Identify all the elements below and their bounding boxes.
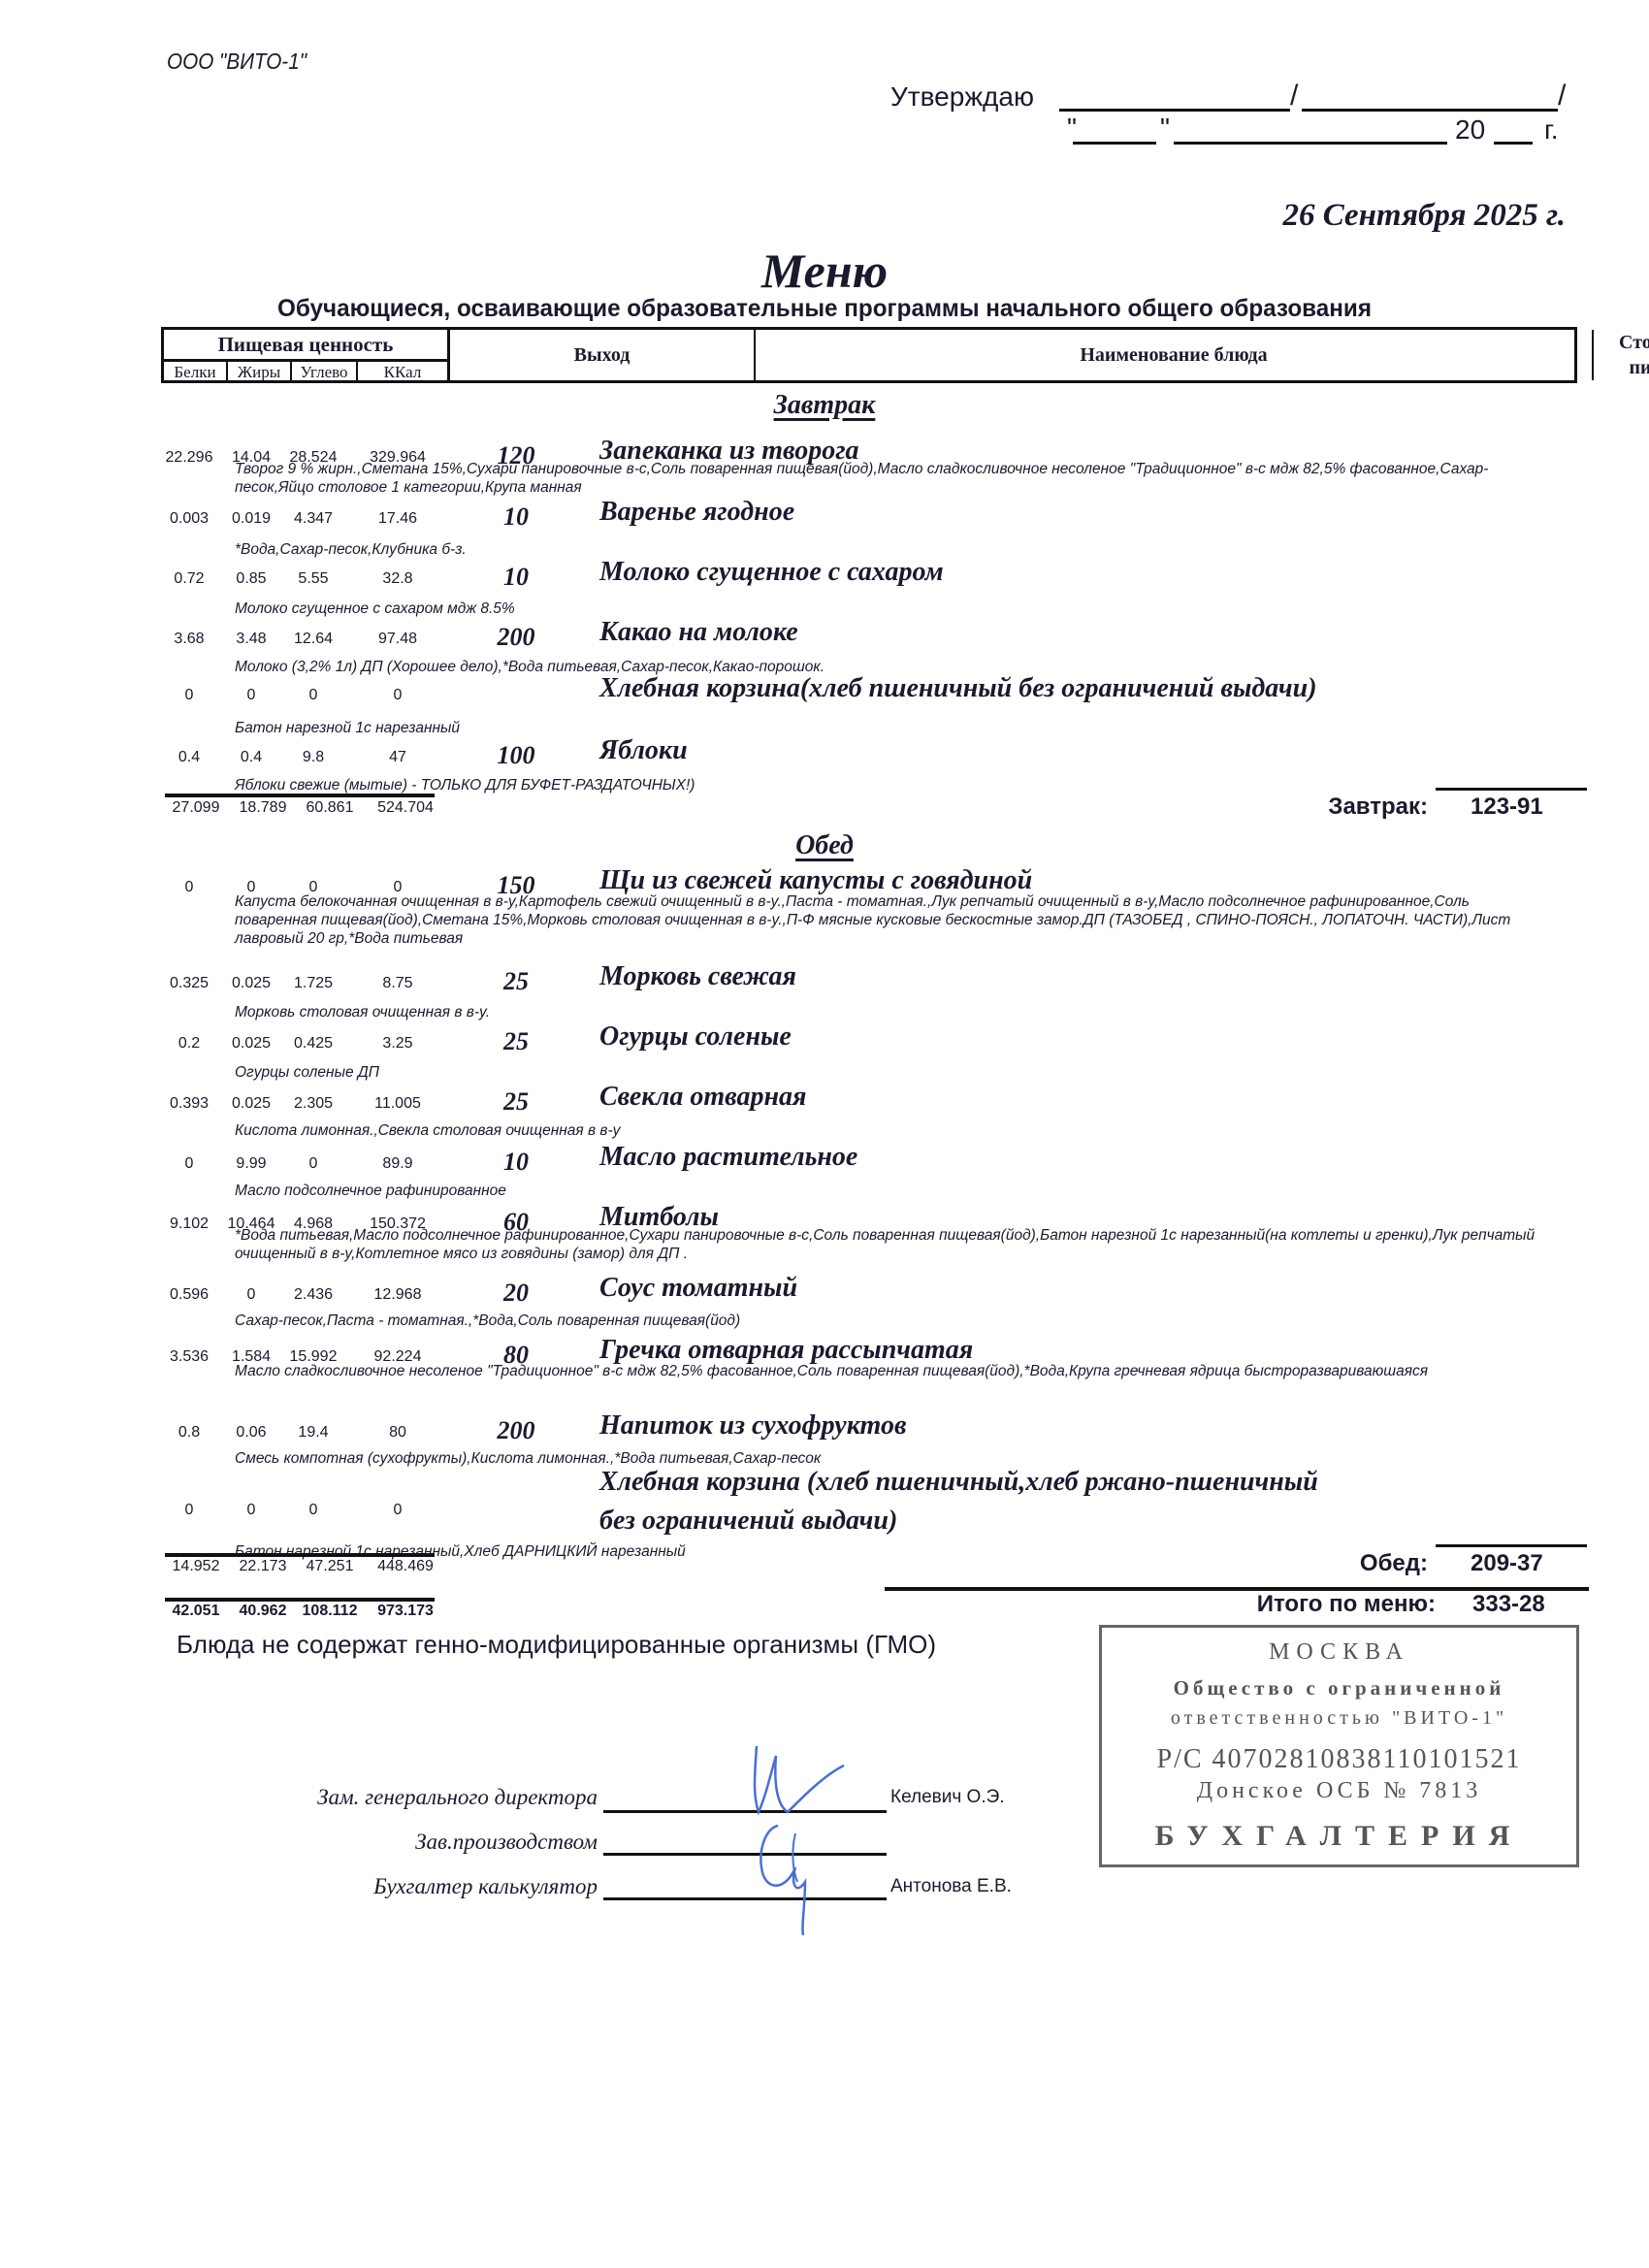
- stamp-company-line1: Общество с ограниченной: [1102, 1676, 1576, 1701]
- dish-ingredients: Морковь столовая очищенная в в-у.: [235, 1003, 1554, 1021]
- item-yield: 25: [477, 1087, 555, 1117]
- item-fat: 0.025: [219, 975, 283, 992]
- stamp-account: Р/С 40702810838110101521: [1102, 1744, 1576, 1775]
- item-protein: 0.4: [157, 749, 221, 766]
- item-protein: 0: [157, 879, 221, 896]
- item-carbs: 1.725: [281, 975, 345, 992]
- day-quote-close: ": [1160, 113, 1170, 144]
- organization-name: ООО "ВИТО-1": [167, 49, 307, 75]
- section-total-carbs: 60.861: [291, 799, 369, 817]
- item-kcal: 17.46: [359, 510, 436, 528]
- item-carbs: 0: [281, 1502, 345, 1519]
- item-protein: 0.72: [157, 570, 221, 588]
- item-yield: 200: [477, 1416, 555, 1445]
- page-title: Меню: [0, 243, 1649, 299]
- item-carbs: 2.305: [281, 1095, 345, 1113]
- item-yield: 100: [477, 741, 555, 770]
- item-kcal: 89.9: [359, 1155, 436, 1173]
- item-yield: 10: [477, 502, 555, 532]
- section-cost-value: 123-91: [1471, 794, 1543, 821]
- item-kcal: 32.8: [359, 570, 436, 588]
- dish-name: Морковь свежая: [599, 961, 796, 992]
- section-title-text: Завтрак: [774, 390, 876, 420]
- signature-role-deputy-director: Зам. генерального директора: [277, 1785, 598, 1810]
- dish-name-header: Наименование блюда: [756, 330, 1594, 380]
- signature-role-accountant: Бухгалтер калькулятор: [277, 1874, 598, 1899]
- dish-name: Молоко сгущенное с сахаром: [599, 557, 944, 588]
- slash-separator: /: [1558, 80, 1566, 113]
- section-cost-label: Обед:: [1164, 1550, 1428, 1577]
- signature-role-production-head: Зав.производством: [277, 1830, 598, 1855]
- section-total-protein: 27.099: [162, 799, 230, 817]
- signature-name-accountant: Антонова Е.В.: [890, 1876, 1012, 1897]
- item-carbs: 0.425: [281, 1035, 345, 1053]
- section-cost-label: Завтрак:: [1164, 794, 1428, 821]
- item-yield: 20: [477, 1279, 555, 1308]
- approve-signature-line: [1059, 109, 1290, 112]
- section-total-kcal: 524.704: [367, 799, 444, 817]
- item-protein: 3.68: [157, 631, 221, 648]
- dish-ingredients: Смесь компотная (сухофрукты),Кислота лим…: [235, 1449, 1554, 1468]
- item-protein: 0: [157, 687, 221, 704]
- dish-ingredients: Батон нарезной 1с нарезанный: [235, 719, 1554, 737]
- stamp-city: МОСКВА: [1102, 1639, 1576, 1666]
- item-kcal: 11.005: [359, 1095, 436, 1113]
- section-total-carbs: 47.251: [291, 1558, 369, 1575]
- item-fat: 0.4: [219, 749, 283, 766]
- section-cost-line: [1436, 1544, 1587, 1547]
- year-line: [1494, 142, 1533, 145]
- item-fat: 0.019: [219, 510, 283, 528]
- grand-total-protein: 42.051: [162, 1603, 230, 1620]
- dish-name: Масло растительное: [599, 1142, 857, 1173]
- item-protein: 0.596: [157, 1286, 221, 1304]
- item-kcal: 12.968: [359, 1286, 436, 1304]
- grand-total-carbs: 108.112: [291, 1603, 369, 1620]
- approve-label: Утверждаю: [890, 81, 1034, 113]
- item-fat: 3.48: [219, 631, 283, 648]
- item-carbs: 0: [281, 687, 345, 704]
- dish-ingredients: *Вода питьевая,Масло подсолнечное рафини…: [235, 1226, 1554, 1263]
- dish-ingredients: Сахар-песок,Паста - томатная.,*Вода,Соль…: [235, 1312, 1554, 1330]
- section-total-fat: 22.173: [229, 1558, 297, 1575]
- dish-ingredients: Творог 9 % жирн.,Сметана 15%,Сухари пани…: [235, 460, 1554, 497]
- section-total-protein: 14.952: [162, 1558, 230, 1575]
- dish-name: Яблоки: [599, 735, 688, 766]
- section-total-line: [165, 794, 435, 797]
- stamp-bank: Донское ОСБ № 7813: [1102, 1778, 1576, 1804]
- item-fat: 0: [219, 687, 283, 704]
- grand-total-label: Итого по меню:: [1067, 1591, 1436, 1618]
- slash-separator: /: [1290, 80, 1298, 113]
- cost-header-line2: питания: [1630, 355, 1649, 380]
- yield-header: Выход: [450, 330, 756, 380]
- item-protein: 0.003: [157, 510, 221, 528]
- year-prefix: 20: [1455, 114, 1485, 146]
- dish-name: Огурцы соленые: [599, 1021, 792, 1053]
- cost-header: Стоимость питания: [1594, 330, 1649, 380]
- item-yield: 10: [477, 1148, 555, 1177]
- dish-name: Варенье ягодное: [599, 497, 794, 528]
- item-protein: 0.2: [157, 1035, 221, 1053]
- item-fat: 0.85: [219, 570, 283, 588]
- grand-total-cost: 333-28: [1472, 1591, 1545, 1618]
- dish-ingredients: Кислота лимонная.,Свекла столовая очищен…: [235, 1121, 1554, 1140]
- item-protein: 0: [157, 1502, 221, 1519]
- signature-name-deputy-director: Келевич О.Э.: [890, 1787, 1005, 1808]
- item-kcal: 97.48: [359, 631, 436, 648]
- section-title-text: Обед: [795, 830, 854, 860]
- item-kcal: 3.25: [359, 1035, 436, 1053]
- item-fat: 9.99: [219, 1155, 283, 1173]
- item-carbs: 19.4: [281, 1424, 345, 1442]
- table-header: Пищевая ценность Белки Жиры Углево ККал …: [161, 327, 1577, 383]
- approve-name-line: [1302, 109, 1558, 112]
- grand-total-line: [165, 1598, 435, 1602]
- stamp-department: БУХГАЛТЕРИЯ: [1102, 1820, 1576, 1853]
- item-fat: 0.025: [219, 1095, 283, 1113]
- dish-name: Какао на молоке: [599, 617, 798, 648]
- year-suffix: г.: [1544, 114, 1559, 146]
- cost-header-line1: Стоимость: [1619, 330, 1649, 355]
- item-protein: 0.393: [157, 1095, 221, 1113]
- item-fat: 0.025: [219, 1035, 283, 1053]
- handwritten-signature-icon: [737, 1736, 883, 1940]
- item-kcal: 47: [359, 749, 436, 766]
- item-protein: 22.296: [157, 449, 221, 467]
- dish-ingredients: Яблоки свежие (мытые) - ТОЛЬКО ДЛЯ БУФЕТ…: [235, 776, 1554, 794]
- section-total-line: [165, 1553, 435, 1557]
- item-protein: 0.325: [157, 975, 221, 992]
- nutrition-column-border: [164, 330, 450, 380]
- item-protein: 3.536: [157, 1348, 221, 1366]
- grand-total-fat: 40.962: [229, 1603, 297, 1620]
- item-carbs: 12.64: [281, 631, 345, 648]
- item-protein: 9.102: [157, 1215, 221, 1233]
- dish-name: Напиток из сухофруктов: [599, 1410, 906, 1442]
- item-fat: 0.06: [219, 1424, 283, 1442]
- item-yield: 25: [477, 967, 555, 996]
- item-protein: 0: [157, 1155, 221, 1173]
- item-yield: 10: [477, 563, 555, 592]
- item-carbs: 5.55: [281, 570, 345, 588]
- dish-ingredients: Капуста белокочанная очищенная в в-у,Кар…: [235, 892, 1554, 948]
- dish-name: Хлебная корзина(хлеб пшеничный без огран…: [599, 673, 1317, 704]
- item-carbs: 0: [281, 1155, 345, 1173]
- dish-ingredients: Масло подсолнечное рафинированное: [235, 1182, 1554, 1200]
- item-yield: 25: [477, 1027, 555, 1056]
- section-cost-value: 209-37: [1471, 1550, 1543, 1577]
- page-subtitle: Обучающиеся, осваивающие образовательные…: [25, 295, 1625, 323]
- item-carbs: 9.8: [281, 749, 345, 766]
- item-carbs: 4.347: [281, 510, 345, 528]
- dish-name: Соус томатный: [599, 1273, 797, 1304]
- section-title: Обед: [0, 830, 1649, 861]
- item-carbs: 2.436: [281, 1286, 345, 1304]
- section-title: Завтрак: [0, 390, 1649, 421]
- section-cost-line: [1436, 788, 1587, 791]
- item-fat: 0: [219, 1286, 283, 1304]
- stamp-company-line2: ответственностью "ВИТО-1": [1102, 1707, 1576, 1730]
- month-line: [1174, 142, 1447, 145]
- section-total-kcal: 448.469: [367, 1558, 444, 1575]
- grand-total-kcal: 973.173: [367, 1603, 444, 1620]
- dish-name-line1: Хлебная корзина (хлеб пшеничный,хлеб ржа…: [599, 1467, 1318, 1498]
- day-quote-open: ": [1067, 113, 1077, 144]
- dish-ingredients: Масло сладкосливочное несоленое "Традици…: [235, 1362, 1554, 1380]
- item-fat: 0: [219, 1502, 283, 1519]
- dish-name-line2: без ограничений выдачи): [599, 1506, 897, 1537]
- item-kcal: 0: [359, 1502, 436, 1519]
- item-kcal: 0: [359, 687, 436, 704]
- item-kcal: 8.75: [359, 975, 436, 992]
- item-protein: 0.8: [157, 1424, 221, 1442]
- section-total-fat: 18.789: [229, 799, 297, 817]
- dish-name: Свекла отварная: [599, 1082, 806, 1113]
- dish-ingredients: Огурцы соленые ДП: [235, 1063, 1554, 1082]
- item-yield: 200: [477, 623, 555, 652]
- day-line: [1073, 142, 1156, 145]
- item-kcal: 80: [359, 1424, 436, 1442]
- menu-date: 26 Сентября 2025 г.: [1282, 198, 1566, 234]
- accounting-stamp: МОСКВА Общество с ограниченной ответстве…: [1099, 1625, 1579, 1867]
- gmo-note: Блюда не содержат генно-модифицированные…: [177, 1630, 936, 1660]
- dish-ingredients: Молоко сгущенное с сахаром мдж 8.5%: [235, 599, 1554, 618]
